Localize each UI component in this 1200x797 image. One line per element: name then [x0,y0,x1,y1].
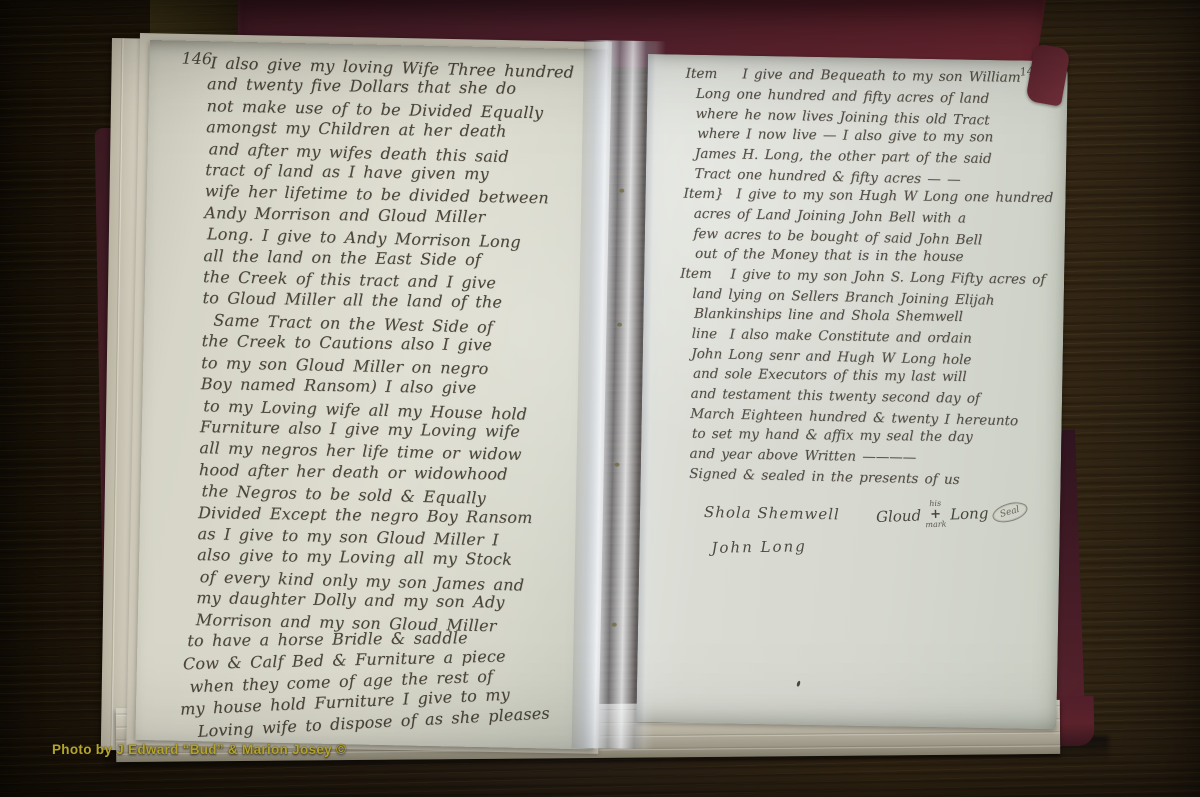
binding-stitch [619,189,624,193]
left-page-manuscript-text: I also give my loving Wife Three hundred… [193,52,571,744]
mark-label: mark [925,521,946,530]
testator-signature-block: Gloud his + mark Long Seal [876,497,1029,531]
witness-signature-1: Shola Shemwell [704,503,840,523]
his-mark-annotation: his + mark [925,500,947,530]
right-page: 147 Item I give and Bequeath to my son W… [636,54,1068,729]
witness-signature-2: John Long [711,537,807,557]
left-page: 146 I also give my loving Wife Three hun… [135,40,608,749]
binding-stitch [615,463,620,467]
binding-stitch [617,323,622,327]
open-record-book-photo: haulaCbfs CuOlmGEhsD 146 I also give my … [0,0,1200,797]
signature-first-name: Gloud [876,506,922,526]
signature-last-name: Long [950,504,989,523]
binding-stitch [612,623,617,627]
wood-grain-highlight [150,0,250,38]
photo-credit-watermark: Photo by J Edward “Bud” & Marion Josey © [52,742,346,757]
right-page-manuscript-text: Item I give and Bequeath to my son Willi… [677,64,1054,490]
ink-spot [796,680,801,687]
seal-scribble: Seal [991,498,1030,525]
